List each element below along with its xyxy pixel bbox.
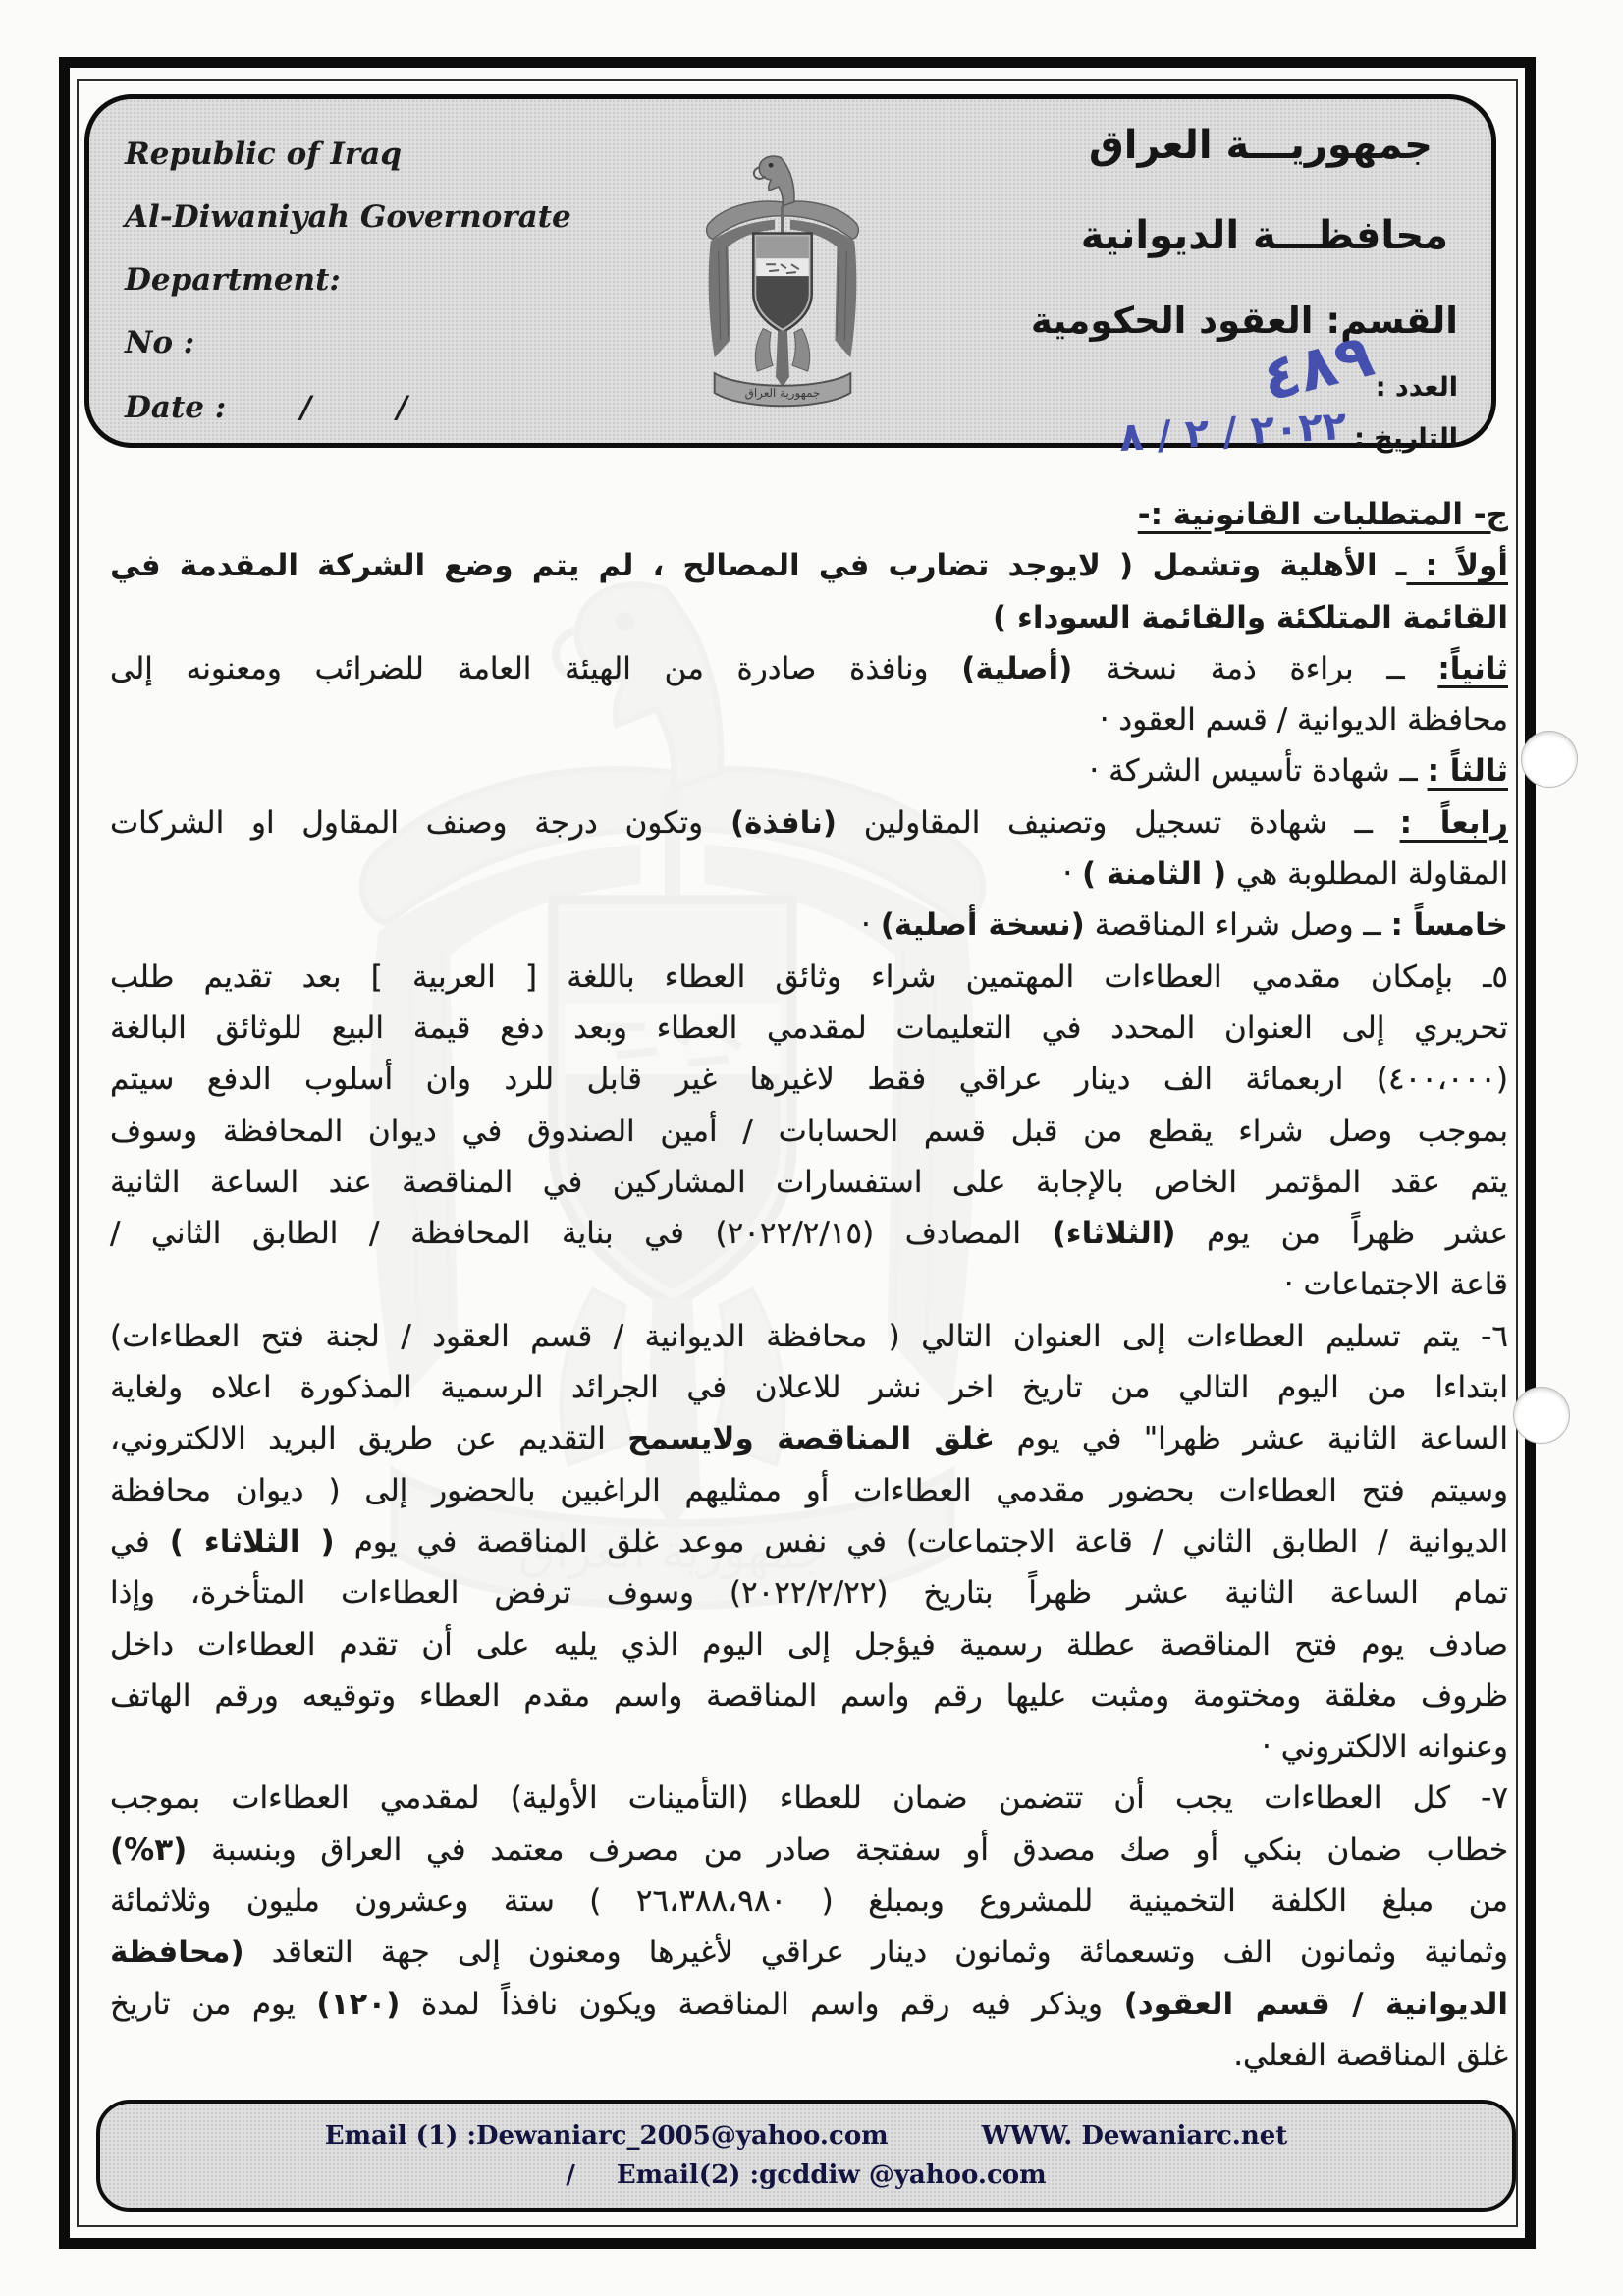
body-line: قاعة الاجتماعات ·	[110, 1259, 1508, 1310]
body-line: غلق المناقصة الفعلي.	[110, 2030, 1508, 2081]
body-line: ٧- كل العطاءات يجب أن تتضمن ضمان للعطاء …	[110, 1773, 1508, 1824]
text-run: تحريري إلى العنوان المحدد في التعليمات ل…	[110, 1011, 1508, 1046]
body-line: الديوانية / قسم العقود) ويذكر فيه رقم وا…	[110, 1979, 1508, 2030]
text-run: عشر ظهراً من يوم	[1176, 1216, 1508, 1251]
text-run: ويذكر فيه رقم واسم المناقصة ويكون نافذاً…	[400, 1987, 1123, 2022]
text-run: (محافظة	[110, 1935, 244, 1970]
text-run: (نافذة)	[730, 805, 837, 841]
footer-email2: Email(2) :gcddiw @yahoo.com	[617, 2160, 1047, 2190]
letterhead-date-en: Date : / /	[125, 390, 407, 425]
text-run: ( الثلاثاء )	[170, 1524, 335, 1559]
body-line: القائمة المتلكئة والقائمة السوداء )	[110, 592, 1508, 643]
body-text: ج- المتطلبات القانونية :-أولاً : ـ الأهل…	[110, 489, 1508, 2081]
letterhead-governorate-ar: محافظـــة الديوانية	[1081, 213, 1448, 258]
body-line: وسيتم فتح العطاءات بحضور مقدمي العطاءات …	[110, 1465, 1508, 1516]
body-line: رابعاً : ــ شهادة تسجيل وتصنيف المقاولين…	[110, 797, 1508, 848]
text-run: أولاً :	[1406, 548, 1508, 583]
document-date-label: التاريخ :	[1354, 423, 1458, 454]
footer-website: WWW. Dewaniarc.net	[982, 2121, 1288, 2151]
body-line: بموجب وصل شراء يقطع من قبل قسم الحسابات …	[110, 1106, 1508, 1157]
letterhead: Republic of Iraq Al-Diwaniyah Governorat…	[84, 94, 1496, 448]
text-run: ٧- كل العطاءات يجب أن تتضمن ضمان للعطاء …	[110, 1780, 1508, 1816]
punch-hole	[1513, 1387, 1570, 1444]
text-run: ٥ـ بإمكان مقدمي العطاءات المهتمين شراء و…	[110, 959, 1508, 995]
text-run: بموجب وصل شراء يقطع من قبل قسم الحسابات …	[110, 1114, 1508, 1149]
text-run: محافظة الديوانية / قسم العقود ·	[1100, 702, 1508, 738]
body-line: الساعة الثانية عشر ظهرا" في يوم غلق المن…	[110, 1413, 1508, 1464]
body-line: خطاب ضمان بنكي أو صك مصدق أو سفتجة صادر …	[110, 1825, 1508, 1876]
text-run: (أصلية)	[961, 651, 1072, 686]
text-run: غلق المناقصة ولايسمح	[627, 1421, 995, 1456]
body-line: ثانياً: ــ براءة ذمة نسخة (أصلية) ونافذة…	[110, 643, 1508, 694]
body-line: ابتداءا من اليوم التالي من تاريخ اخر نشر…	[110, 1362, 1508, 1413]
text-run: ج- المتطلبات القانونية :-	[1138, 497, 1508, 532]
scanned-document-page: { "header": { "english": { "line1": "Rep…	[0, 0, 1623, 2296]
text-run: ـ الأهلية وتشمل ( لايوجد تضارب في المصال…	[110, 548, 1406, 583]
text-run: خطاب ضمان بنكي أو صك مصدق أو سفتجة صادر …	[187, 1832, 1508, 1868]
text-run: يوم من تاريخ	[110, 1987, 316, 2022]
text-run: ·	[861, 907, 881, 943]
text-run: ( الثامنة )	[1082, 856, 1226, 892]
text-run: (الثلاثاء)	[1053, 1216, 1176, 1251]
text-run: ــ شهادة تسجيل وتصنيف المقاولين	[837, 805, 1400, 841]
body-line: ظروف مغلقة ومختومة ومثبت عليها رقم واسم …	[110, 1670, 1508, 1722]
text-run: يتم عقد المؤتمر الخاص بالإجابة على استفس…	[110, 1165, 1508, 1200]
text-run: ابتداءا من اليوم التالي من تاريخ اخر نشر…	[110, 1370, 1508, 1405]
text-run: خامساً :	[1390, 907, 1508, 943]
body-line: وثمانية وثمانون الف وتسعمائة وثمانون دين…	[110, 1927, 1508, 1978]
iraq-emblem-icon	[685, 142, 880, 429]
body-line: ٥ـ بإمكان مقدمي العطاءات المهتمين شراء و…	[110, 952, 1508, 1003]
text-run: وعنوانه الالكتروني ·	[1262, 1729, 1508, 1765]
letterhead-country-en: Republic of Iraq	[125, 137, 402, 172]
body-line: محافظة الديوانية / قسم العقود ·	[110, 694, 1508, 745]
body-line: ٦- يتم تسليم العطاءات إلى العنوان التالي…	[110, 1311, 1508, 1362]
footer-line1: Email (1) :Dewaniarc_2005@yahoo.com WWW.…	[100, 2121, 1512, 2151]
body-line: يتم عقد المؤتمر الخاص بالإجابة على استفس…	[110, 1157, 1508, 1208]
body-line: صادف يوم فتح المناقصة عطلة رسمية فيؤجل إ…	[110, 1619, 1508, 1670]
text-run: (٣%)	[110, 1832, 187, 1868]
text-run: الساعة الثانية عشر ظهرا" في يوم	[995, 1421, 1508, 1456]
body-line: الديوانية / الطابق الثاني / قاعة الاجتما…	[110, 1516, 1508, 1567]
text-run: وثمانية وثمانون الف وتسعمائة وثمانون دين…	[244, 1935, 1508, 1970]
body-line: ج- المتطلبات القانونية :-	[110, 489, 1508, 540]
text-run: ــ شهادة تأسيس الشركة ·	[1089, 753, 1427, 789]
text-run: ــ وصل شراء المناقصة	[1085, 907, 1391, 943]
body-line: وعنوانه الالكتروني ·	[110, 1722, 1508, 1773]
body-line: تحريري إلى العنوان المحدد في التعليمات ل…	[110, 1003, 1508, 1054]
body-line: تمام الساعة الثانية عشر ظهراً بتاريخ (٢٠…	[110, 1567, 1508, 1618]
body-line: عشر ظهراً من يوم (الثلاثاء) المصادف (٢٠٢…	[110, 1208, 1508, 1259]
text-run: الديوانية / الطابق الثاني / قاعة الاجتما…	[335, 1524, 1508, 1559]
text-run: من مبلغ الكلفة التخمينية للمشروع وبمبلغ …	[110, 1884, 1508, 1919]
body-line: خامساً : ــ وصل شراء المناقصة (نسخة أصلي…	[110, 900, 1508, 951]
text-run: (١٢٠)	[316, 1987, 400, 2022]
footer-email1: Email (1) :Dewaniarc_2005@yahoo.com	[325, 2121, 889, 2151]
text-run: ·	[1062, 856, 1082, 892]
punch-hole	[1521, 731, 1578, 788]
body-line: ثالثاً : ــ شهادة تأسيس الشركة ·	[110, 745, 1508, 796]
text-run: وتكون درجة وصنف المقاول او الشركات	[110, 805, 730, 841]
text-run: (٤٠٠،٠٠٠) اربعمائة الف دينار عراقي فقط ل…	[110, 1062, 1508, 1097]
text-run: الديوانية / قسم العقود)	[1124, 1987, 1508, 2022]
text-run: صادف يوم فتح المناقصة عطلة رسمية فيؤجل إ…	[110, 1627, 1508, 1663]
text-run: ثانياً:	[1437, 651, 1508, 686]
text-run: غلق المناقصة الفعلي.	[1233, 2038, 1508, 2073]
text-run: وسيتم فتح العطاءات بحضور مقدمي العطاءات …	[110, 1473, 1508, 1508]
text-run: المصادف (٢٠٢٢/٢/١٥) في بناية المحافظة / …	[110, 1216, 1053, 1251]
document-number-label: العدد :	[1376, 372, 1458, 403]
footer-slash: /	[566, 2160, 575, 2190]
letterhead-number-en: No :	[125, 325, 194, 360]
letterhead-department-en: Department:	[125, 262, 341, 298]
footer-line2: / Email(2) :gcddiw @yahoo.com	[100, 2160, 1512, 2190]
text-run: ثالثاً :	[1428, 753, 1508, 789]
text-run: رابعاً :	[1400, 805, 1508, 841]
body-line: (٤٠٠،٠٠٠) اربعمائة الف دينار عراقي فقط ل…	[110, 1054, 1508, 1105]
letterhead-governorate-en: Al-Diwaniyah Governorate	[125, 199, 571, 235]
body-line: أولاً : ـ الأهلية وتشمل ( لايوجد تضارب ف…	[110, 540, 1508, 591]
text-run: المقاولة المطلوبة هي	[1226, 856, 1508, 892]
text-run: في	[110, 1524, 170, 1559]
text-run: ونافذة صادرة من الهيئة العامة للضرائب وم…	[110, 651, 961, 686]
letterhead-department-ar: القسم: العقود الحكومية	[1031, 300, 1458, 342]
text-run: قاعة الاجتماعات ·	[1284, 1267, 1508, 1302]
letterhead-country-ar: جمهوريـــة العراق	[1089, 123, 1433, 168]
body-line: المقاولة المطلوبة هي ( الثامنة ) ·	[110, 848, 1508, 900]
text-run: ــ براءة ذمة نسخة	[1072, 651, 1437, 686]
footer-contact-box: Email (1) :Dewaniarc_2005@yahoo.com WWW.…	[96, 2100, 1516, 2212]
text-run: تمام الساعة الثانية عشر ظهراً بتاريخ (٢٠…	[110, 1575, 1508, 1611]
text-run: ظروف مغلقة ومختومة ومثبت عليها رقم واسم …	[110, 1678, 1508, 1714]
text-run: (نسخة أصلية)	[881, 907, 1085, 943]
body-line: من مبلغ الكلفة التخمينية للمشروع وبمبلغ …	[110, 1876, 1508, 1927]
text-run: القائمة المتلكئة والقائمة السوداء )	[993, 600, 1508, 635]
text-run: ٦- يتم تسليم العطاءات إلى العنوان التالي…	[110, 1319, 1508, 1354]
text-run: التقديم عن طريق البريد الالكتروني،	[110, 1421, 627, 1456]
